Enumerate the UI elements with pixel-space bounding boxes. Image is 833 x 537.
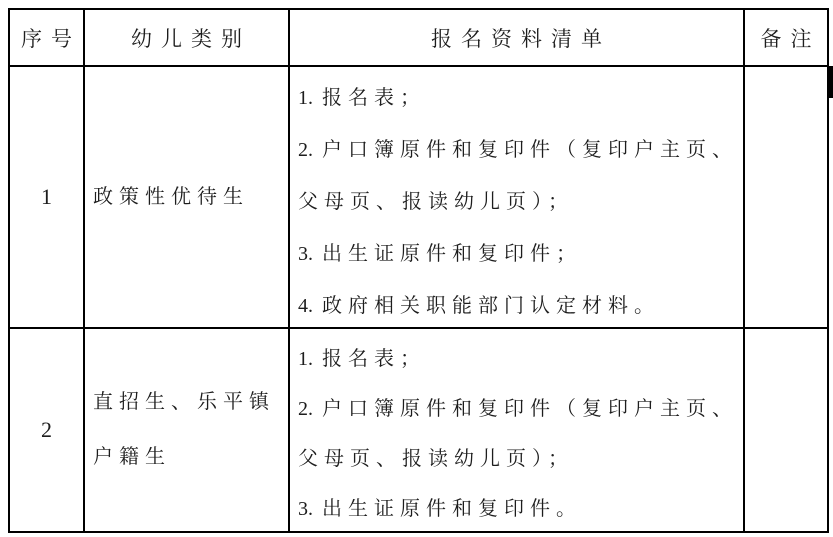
row-materials: 1.报名表； 2.户口簿原件和复印件（复印户主页、 父母页、报读幼儿页）； 3.… bbox=[290, 67, 745, 329]
header-remarks: 备注 bbox=[745, 10, 827, 67]
category-line: 直招生、乐平镇 bbox=[93, 375, 288, 430]
material-item-text: 出生证原件和复印件； bbox=[322, 243, 582, 265]
row-serial-number: 1 bbox=[10, 67, 85, 329]
material-item-number: 3. bbox=[298, 498, 313, 520]
header-materials-list: 报名资料清单 bbox=[290, 10, 745, 67]
material-item-text: 政府相关职能部门认定材料。 bbox=[322, 295, 660, 317]
material-item-text: 户口簿原件和复印件（复印户主页、 bbox=[322, 139, 738, 161]
material-item-text: 父母页、报读幼儿页）； bbox=[298, 448, 574, 470]
edge-artifact-mark bbox=[829, 66, 833, 98]
registration-materials-table: 序号 幼儿类别 报名资料清单 备注 1 政策性优待生 1.报名表； 2.户口簿原… bbox=[8, 8, 829, 533]
material-item-text: 户口簿原件和复印件（复印户主页、 bbox=[322, 398, 738, 420]
row-category: 直招生、乐平镇 户籍生 bbox=[85, 329, 290, 531]
material-item-continuation: 父母页、报读幼儿页）； bbox=[298, 434, 739, 484]
material-item: 2.户口簿原件和复印件（复印户主页、 bbox=[298, 124, 739, 176]
material-item-continuation: 父母页、报读幼儿页）； bbox=[298, 176, 739, 228]
material-item-number: 2. bbox=[298, 139, 313, 161]
row-category: 政策性优待生 bbox=[85, 67, 290, 329]
material-item: 3.出生证原件和复印件； bbox=[298, 228, 739, 280]
category-line: 户籍生 bbox=[93, 430, 288, 485]
material-item: 1.报名表； bbox=[298, 334, 739, 384]
category-line: 政策性优待生 bbox=[93, 170, 288, 225]
row-serial-number: 2 bbox=[10, 329, 85, 531]
material-item: 1.报名表； bbox=[298, 72, 739, 124]
material-item-number: 3. bbox=[298, 243, 313, 265]
material-item-text: 报名表； bbox=[322, 87, 426, 109]
material-item-text: 父母页、报读幼儿页）； bbox=[298, 191, 574, 213]
material-item-number: 1. bbox=[298, 87, 313, 109]
row-remark bbox=[745, 329, 827, 531]
header-child-category: 幼儿类别 bbox=[85, 10, 290, 67]
material-item: 3.出生证原件和复印件。 bbox=[298, 484, 739, 531]
material-item-number: 4. bbox=[298, 295, 313, 317]
material-item-text: 报名表； bbox=[322, 348, 426, 370]
material-item: 2.户口簿原件和复印件（复印户主页、 bbox=[298, 384, 739, 434]
material-item-number: 1. bbox=[298, 348, 313, 370]
header-serial-number: 序号 bbox=[10, 10, 85, 67]
document-page: 序号 幼儿类别 报名资料清单 备注 1 政策性优待生 1.报名表； 2.户口簿原… bbox=[0, 0, 833, 537]
material-item-text: 出生证原件和复印件。 bbox=[322, 498, 582, 520]
row-remark bbox=[745, 67, 827, 329]
material-item-number: 2. bbox=[298, 398, 313, 420]
row-materials: 1.报名表； 2.户口簿原件和复印件（复印户主页、 父母页、报读幼儿页）； 3.… bbox=[290, 329, 745, 531]
material-item: 4.政府相关职能部门认定材料。 bbox=[298, 280, 739, 329]
